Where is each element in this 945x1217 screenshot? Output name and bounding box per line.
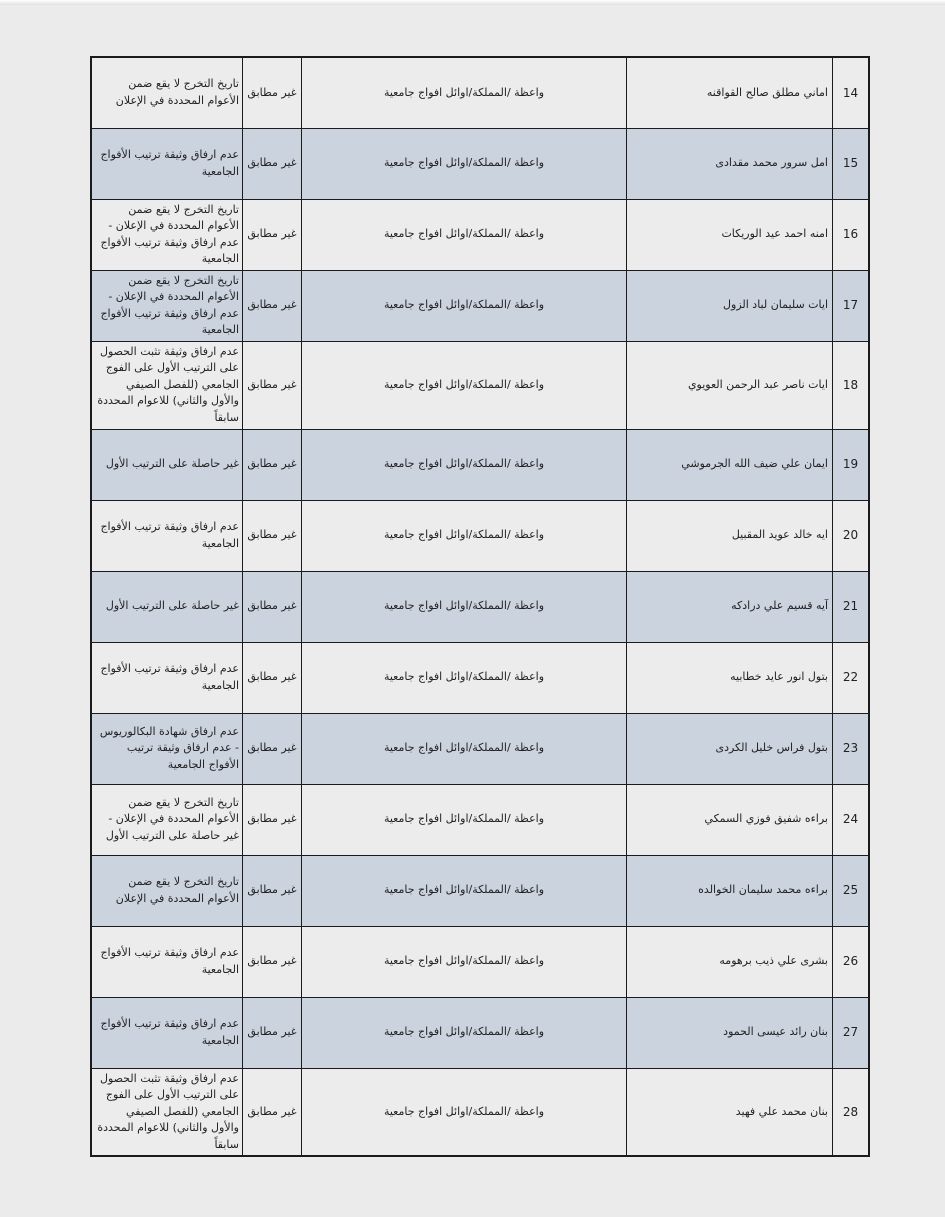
- applicant-category: واعظة /المملكة/اوائل افواج جامعية: [302, 341, 627, 429]
- table-row: 14 اماني مطلق صالح القواقنه واعظة /الممل…: [91, 57, 869, 128]
- row-number: 27: [833, 997, 870, 1068]
- row-number: 18: [833, 341, 870, 429]
- rejection-reason: عدم ارفاق وثيقة ترتيب الأفواج الجامعية: [91, 642, 243, 713]
- applicant-category: واعظة /المملكة/اوائل افواج جامعية: [302, 57, 627, 128]
- applicant-name: ايات سليمان لباد الزول: [627, 270, 833, 341]
- table-row: 18 ايات ناصر عبد الرحمن العويوي واعظة /ا…: [91, 341, 869, 429]
- applicant-name: ايمان علي ضيف الله الجرموشي: [627, 429, 833, 500]
- match-status: غير مطابق: [243, 855, 302, 926]
- match-status: غير مطابق: [243, 199, 302, 270]
- row-number: 17: [833, 270, 870, 341]
- match-status: غير مطابق: [243, 1068, 302, 1156]
- rejection-reason: تاريخ التخرج لا يقع ضمن الأعوام المحددة …: [91, 199, 243, 270]
- row-number: 20: [833, 500, 870, 571]
- applicant-category: واعظة /المملكة/اوائل افواج جامعية: [302, 571, 627, 642]
- applicant-category: واعظة /المملكة/اوائل افواج جامعية: [302, 713, 627, 784]
- rejection-reason: تاريخ التخرج لا يقع ضمن الأعوام المحددة …: [91, 784, 243, 855]
- applicant-name: امنه احمد عيد الوريكات: [627, 199, 833, 270]
- rejection-reason: تاريخ التخرج لا يقع ضمن الأعوام المحددة …: [91, 855, 243, 926]
- match-status: غير مطابق: [243, 997, 302, 1068]
- table-row: 22 بتول انور عايد خطابيه واعظة /المملكة/…: [91, 642, 869, 713]
- table-row: 27 بنان رائد عيسى الحمود واعظة /المملكة/…: [91, 997, 869, 1068]
- applicant-category: واعظة /المملكة/اوائل افواج جامعية: [302, 128, 627, 199]
- row-number: 14: [833, 57, 870, 128]
- match-status: غير مطابق: [243, 571, 302, 642]
- applicant-category: واعظة /المملكة/اوائل افواج جامعية: [302, 500, 627, 571]
- rejection-reason: عدم ارفاق شهادة البكالوريوس - عدم ارفاق …: [91, 713, 243, 784]
- applicant-category: واعظة /المملكة/اوائل افواج جامعية: [302, 997, 627, 1068]
- table-row: 25 براءه محمد سليمان الخوالده واعظة /الم…: [91, 855, 869, 926]
- match-status: غير مطابق: [243, 128, 302, 199]
- table-row: 21 آيه قسيم علي درادكه واعظة /المملكة/او…: [91, 571, 869, 642]
- applicant-name: بنان رائد عيسى الحمود: [627, 997, 833, 1068]
- rejection-reason: عدم ارفاق وثيقة تثبت الحصول على الترتيب …: [91, 341, 243, 429]
- table-row: 26 بشرى علي ذيب برهومه واعظة /المملكة/او…: [91, 926, 869, 997]
- applicants-table-body: 14 اماني مطلق صالح القواقنه واعظة /الممل…: [91, 57, 869, 1156]
- table-row: 20 ايه خالد عويد المقبيل واعظة /المملكة/…: [91, 500, 869, 571]
- match-status: غير مطابق: [243, 713, 302, 784]
- rejection-reason: عدم ارفاق وثيقة تثبت الحصول على الترتيب …: [91, 1068, 243, 1156]
- applicant-name: آيه قسيم علي درادكه: [627, 571, 833, 642]
- applicant-category: واعظة /المملكة/اوائل افواج جامعية: [302, 784, 627, 855]
- table-row: 23 بتول فراس خليل الكردى واعظة /المملكة/…: [91, 713, 869, 784]
- table-row: 28 بنان محمد علي فهيد واعظة /المملكة/اوا…: [91, 1068, 869, 1156]
- match-status: غير مطابق: [243, 642, 302, 713]
- row-number: 23: [833, 713, 870, 784]
- row-number: 26: [833, 926, 870, 997]
- applicant-name: ايات ناصر عبد الرحمن العويوي: [627, 341, 833, 429]
- applicant-category: واعظة /المملكة/اوائل افواج جامعية: [302, 642, 627, 713]
- rejection-reason: غير حاصلة على الترتيب الأول: [91, 429, 243, 500]
- rejection-reason: عدم ارفاق وثيقة ترتيب الأفواج الجامعية: [91, 500, 243, 571]
- applicant-category: واعظة /المملكة/اوائل افواج جامعية: [302, 855, 627, 926]
- match-status: غير مطابق: [243, 784, 302, 855]
- applicant-name: بنان محمد علي فهيد: [627, 1068, 833, 1156]
- applicant-category: واعظة /المملكة/اوائل افواج جامعية: [302, 199, 627, 270]
- match-status: غير مطابق: [243, 341, 302, 429]
- table-row: 24 براءه شفيق فوزي السمكي واعظة /المملكة…: [91, 784, 869, 855]
- applicant-category: واعظة /المملكة/اوائل افواج جامعية: [302, 429, 627, 500]
- applicant-name: امل سرور محمد مقدادى: [627, 128, 833, 199]
- applicant-category: واعظة /المملكة/اوائل افواج جامعية: [302, 270, 627, 341]
- row-number: 19: [833, 429, 870, 500]
- rejection-reason: تاريخ التخرج لا يقع ضمن الأعوام المحددة …: [91, 57, 243, 128]
- table-row: 15 امل سرور محمد مقدادى واعظة /المملكة/ا…: [91, 128, 869, 199]
- row-number: 28: [833, 1068, 870, 1156]
- row-number: 15: [833, 128, 870, 199]
- match-status: غير مطابق: [243, 926, 302, 997]
- applicant-category: واعظة /المملكة/اوائل افواج جامعية: [302, 926, 627, 997]
- rejection-reason: عدم ارفاق وثيقة ترتيب الأفواج الجامعية: [91, 997, 243, 1068]
- row-number: 22: [833, 642, 870, 713]
- match-status: غير مطابق: [243, 500, 302, 571]
- rejection-reason: تاريخ التخرج لا يقع ضمن الأعوام المحددة …: [91, 270, 243, 341]
- applicant-name: براءه شفيق فوزي السمكي: [627, 784, 833, 855]
- row-number: 24: [833, 784, 870, 855]
- row-number: 16: [833, 199, 870, 270]
- applicant-name: بشرى علي ذيب برهومه: [627, 926, 833, 997]
- rejection-reason: غير حاصلة على الترتيب الأول: [91, 571, 243, 642]
- row-number: 21: [833, 571, 870, 642]
- rejection-reason: عدم ارفاق وثيقة ترتيب الأفواج الجامعية: [91, 128, 243, 199]
- applicant-name: براءه محمد سليمان الخوالده: [627, 855, 833, 926]
- applicants-table: 14 اماني مطلق صالح القواقنه واعظة /الممل…: [90, 56, 870, 1157]
- match-status: غير مطابق: [243, 57, 302, 128]
- table-row: 19 ايمان علي ضيف الله الجرموشي واعظة /ال…: [91, 429, 869, 500]
- applicant-name: اماني مطلق صالح القواقنه: [627, 57, 833, 128]
- table-row: 16 امنه احمد عيد الوريكات واعظة /المملكة…: [91, 199, 869, 270]
- rejection-reason: عدم ارفاق وثيقة ترتيب الأفواج الجامعية: [91, 926, 243, 997]
- match-status: غير مطابق: [243, 429, 302, 500]
- applicant-name: بتول انور عايد خطابيه: [627, 642, 833, 713]
- page-top-edge: [0, 0, 945, 5]
- applicant-category: واعظة /المملكة/اوائل افواج جامعية: [302, 1068, 627, 1156]
- match-status: غير مطابق: [243, 270, 302, 341]
- applicant-name: ايه خالد عويد المقبيل: [627, 500, 833, 571]
- row-number: 25: [833, 855, 870, 926]
- applicant-name: بتول فراس خليل الكردى: [627, 713, 833, 784]
- table-row: 17 ايات سليمان لباد الزول واعظة /المملكة…: [91, 270, 869, 341]
